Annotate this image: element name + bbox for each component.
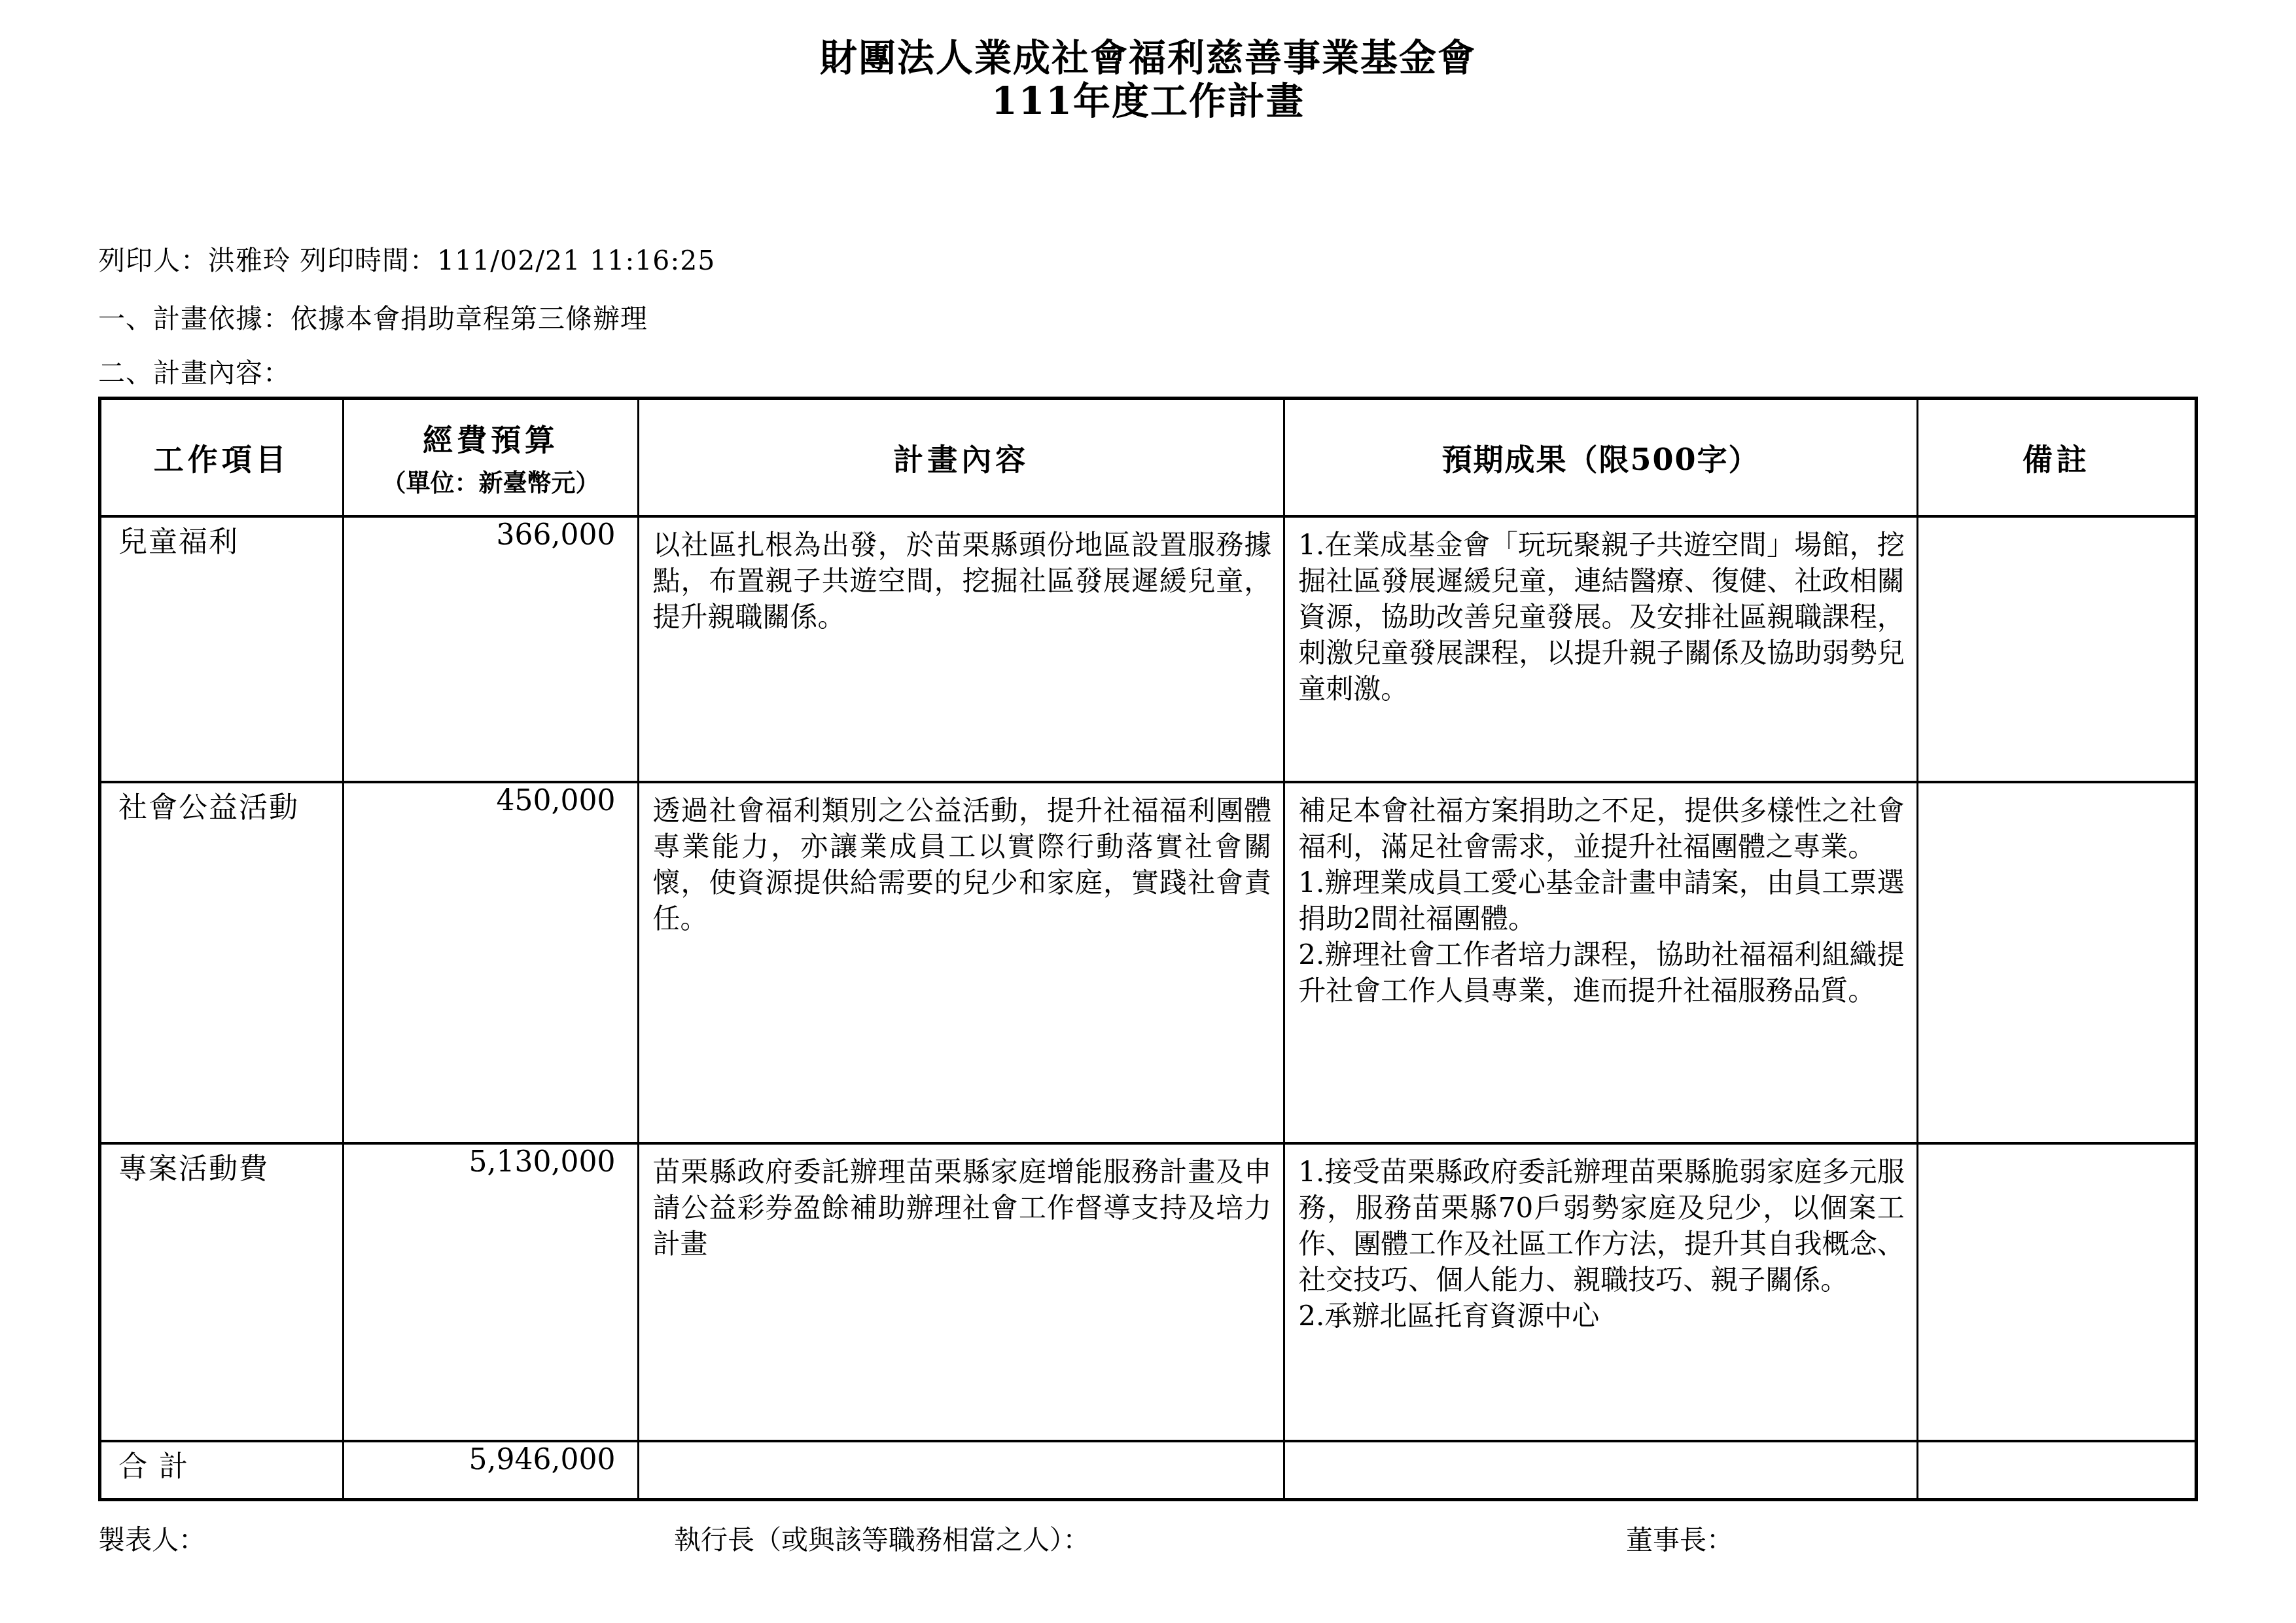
row2-plan-content: 透過社會福利類別之公益活動，提升社福福利團體專業能力，亦讓業成員工以實際行動落實… bbox=[639, 782, 1284, 1143]
row3-plan-content: 苗栗縣政府委託辦理苗栗縣家庭增能服務計畫及申請公益彩券盈餘補助辦理社會工作督導支… bbox=[639, 1143, 1284, 1441]
preparer-label: 製表人： bbox=[98, 1518, 205, 1557]
table-row: 專案活動費 5,130,000 苗栗縣政府委託辦理苗栗縣家庭增能服務計畫及申請公… bbox=[100, 1143, 2197, 1441]
header-work-item: 工作項目 bbox=[100, 399, 344, 516]
table-row: 兒童福利 366,000 以社區扎根為出發，於苗栗縣頭份地區設置服務據點，布置親… bbox=[100, 516, 2197, 782]
print-info: 列印人：洪雅玲 列印時間：111/02/21 11:16:25 bbox=[98, 239, 2198, 277]
row2-work-item: 社會公益活動 bbox=[100, 782, 344, 1143]
signature-row: 製表人： 執行長（或與該等職務相當之人）： 董事長： bbox=[98, 1518, 2198, 1558]
row1-expected-outcome: 1.在業成基金會「玩玩聚親子共遊空間」場館，挖掘社區發展遲緩兒童，連結醫療、復健… bbox=[1284, 516, 1918, 782]
document-page: 財團法人業成社會福利慈善事業基金會 111年度工作計畫 列印人：洪雅玲 列印時間… bbox=[0, 0, 2296, 1623]
section-content: 二、計畫內容： bbox=[98, 351, 2198, 390]
header-expected-outcome-label: 預期成果（限500字） bbox=[1286, 436, 1916, 479]
row1-work-item: 兒童福利 bbox=[100, 516, 344, 782]
row2-budget: 450,000 bbox=[343, 782, 639, 1143]
page-subtitle: 111年度工作計畫 bbox=[98, 80, 2198, 123]
total-label: 合 計 bbox=[100, 1441, 344, 1500]
header-expected-outcome: 預期成果（限500字） bbox=[1284, 399, 1918, 516]
table-header-row: 工作項目 經費預算 （單位：新臺幣元） 計畫內容 預期成果（限500字） 備註 bbox=[100, 399, 2197, 516]
row3-note bbox=[1917, 1143, 2196, 1441]
work-plan-table: 工作項目 經費預算 （單位：新臺幣元） 計畫內容 預期成果（限500字） 備註 bbox=[98, 397, 2198, 1501]
header-budget-unit: （單位：新臺幣元） bbox=[345, 463, 637, 499]
total-plan-content-empty bbox=[639, 1441, 1284, 1500]
header-budget: 經費預算 （單位：新臺幣元） bbox=[343, 399, 639, 516]
section-basis: 一、計畫依據：依據本會捐助章程第三條辦理 bbox=[98, 297, 2198, 336]
chairman-label: 董事長： bbox=[1626, 1518, 1733, 1557]
row3-work-item: 專案活動費 bbox=[100, 1143, 344, 1441]
table-row: 社會公益活動 450,000 透過社會福利類別之公益活動，提升社福福利團體專業能… bbox=[100, 782, 2197, 1143]
row1-note bbox=[1917, 516, 2196, 782]
total-expected-outcome-empty bbox=[1284, 1441, 1918, 1500]
row2-note bbox=[1917, 782, 2196, 1143]
header-plan-content: 計畫內容 bbox=[639, 399, 1284, 516]
header-note-label: 備註 bbox=[1919, 436, 2194, 479]
total-budget: 5,946,000 bbox=[343, 1441, 639, 1500]
row1-budget: 366,000 bbox=[343, 516, 639, 782]
ceo-label: 執行長（或與該等職務相當之人）： bbox=[674, 1518, 1090, 1557]
page-title: 財團法人業成社會福利慈善事業基金會 bbox=[98, 37, 2198, 80]
header-work-item-label: 工作項目 bbox=[102, 436, 342, 479]
row2-expected-outcome: 補足本會社福方案捐助之不足，提供多樣性之社會福利，滿足社會需求，並提升社福團體之… bbox=[1284, 782, 1918, 1143]
row1-plan-content: 以社區扎根為出發，於苗栗縣頭份地區設置服務據點，布置親子共遊空間，挖掘社區發展遲… bbox=[639, 516, 1284, 782]
header-plan-content-label: 計畫內容 bbox=[640, 436, 1282, 479]
header-note: 備註 bbox=[1917, 399, 2196, 516]
total-note-empty bbox=[1917, 1441, 2196, 1500]
row3-budget: 5,130,000 bbox=[343, 1143, 639, 1441]
row3-expected-outcome: 1.接受苗栗縣政府委託辦理苗栗縣脆弱家庭多元服務，服務苗栗縣70戶弱勢家庭及兒少… bbox=[1284, 1143, 1918, 1441]
table-total-row: 合 計 5,946,000 bbox=[100, 1441, 2197, 1500]
header-budget-label: 經費預算 bbox=[345, 416, 637, 459]
